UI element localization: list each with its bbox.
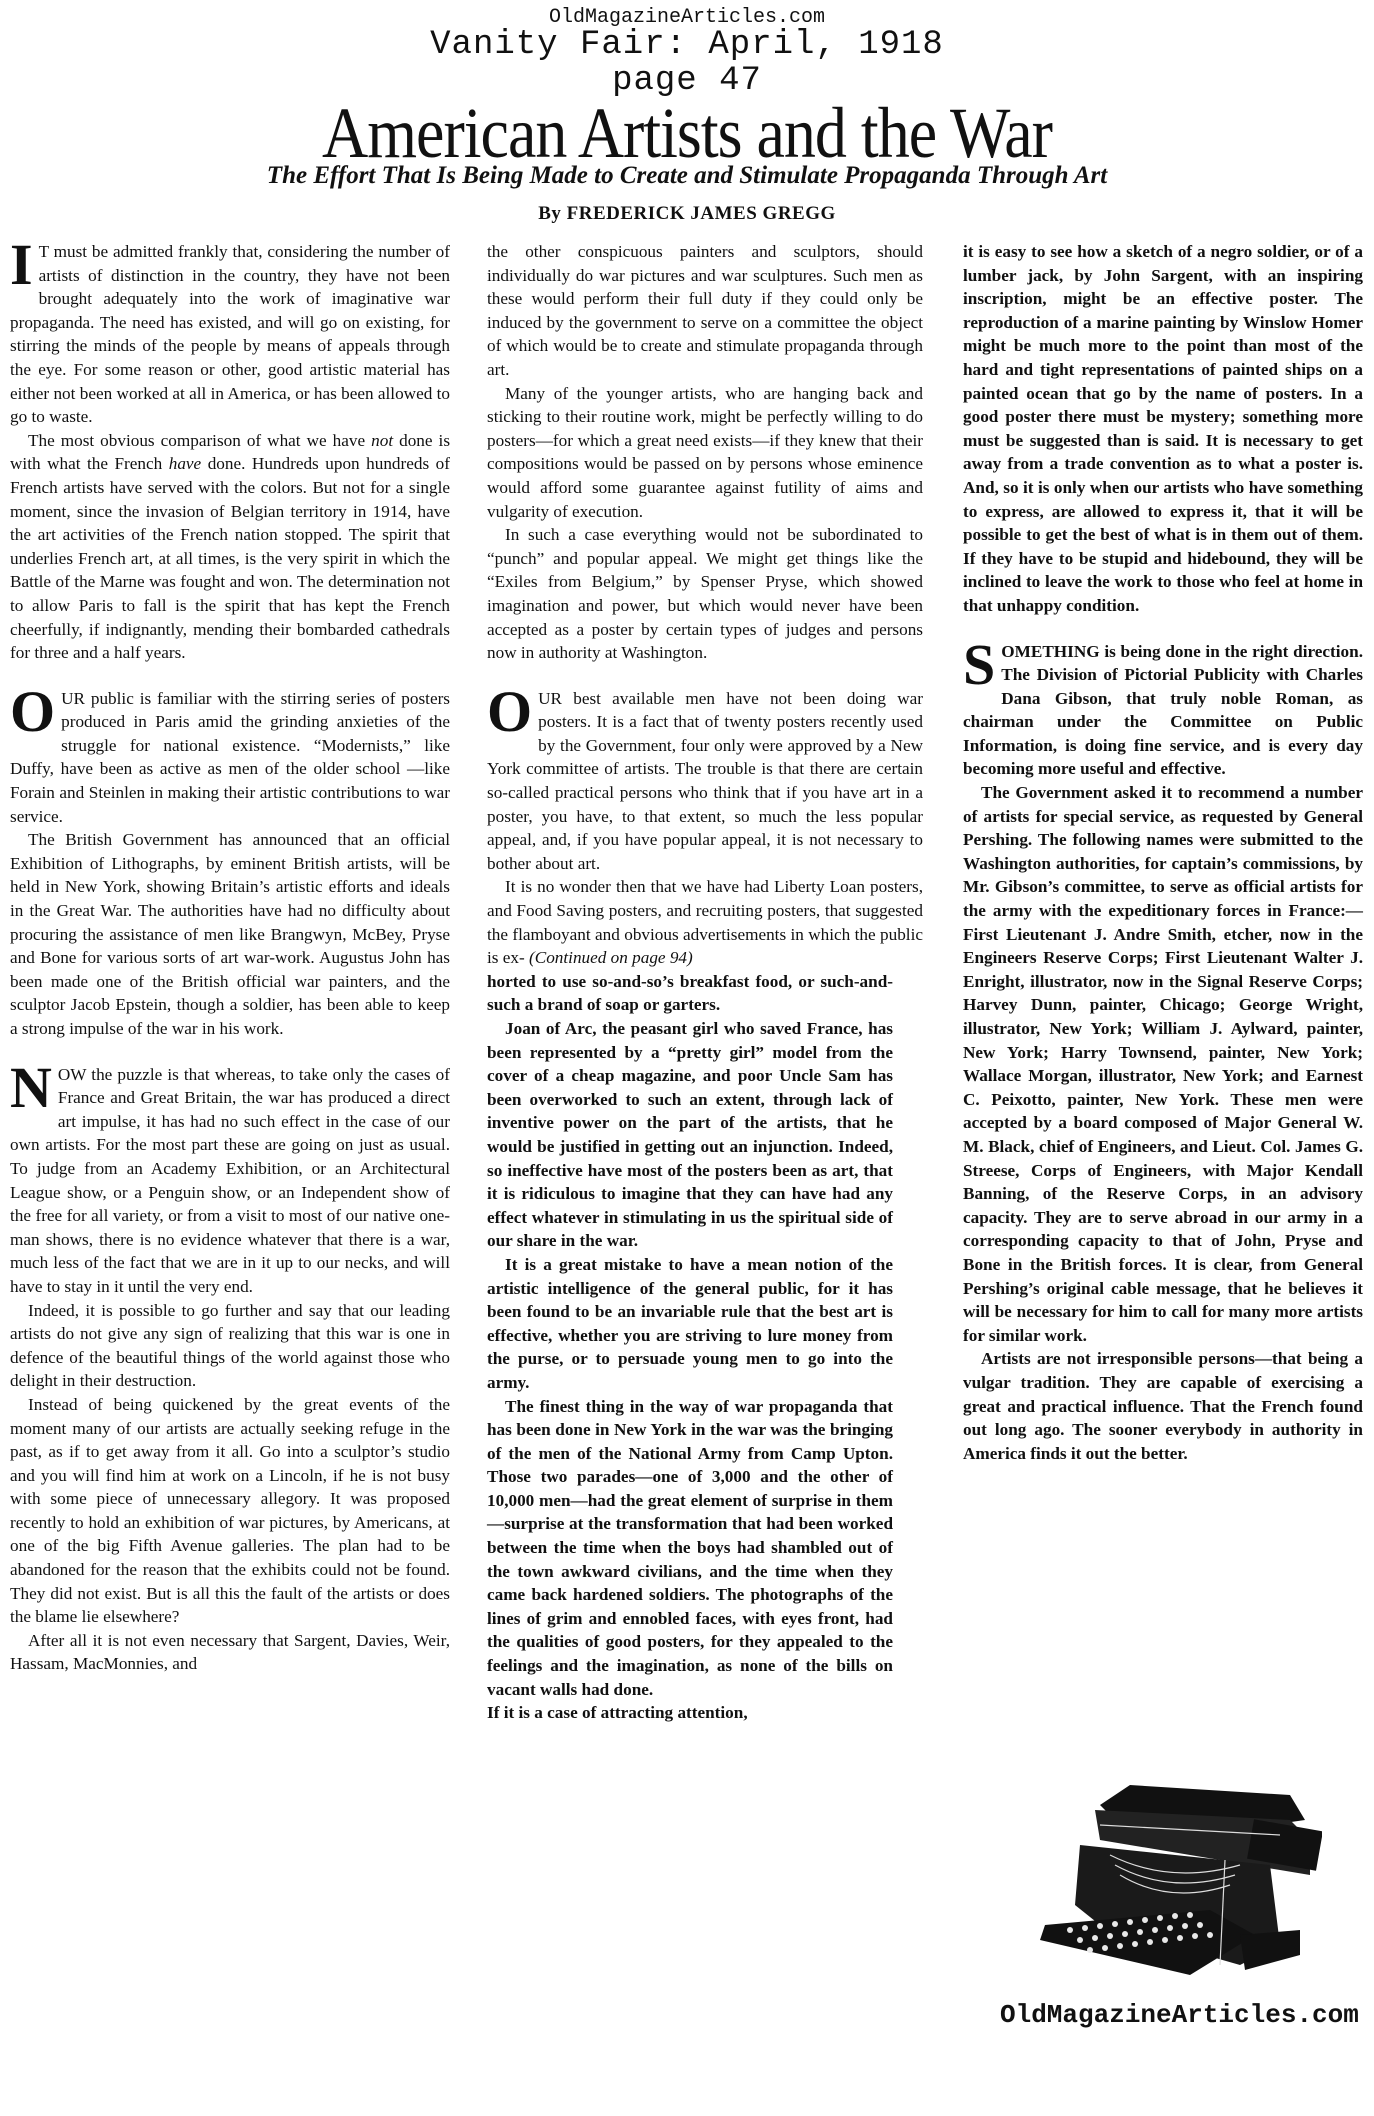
drop-cap: S [963,642,995,688]
paragraph: It is a great mistake to have a mean not… [487,1253,893,1395]
continuation-block: horted to use so-and-so’s breakfast food… [487,970,923,1725]
paragraph: SOMETHING is being done in the right dir… [963,640,1363,782]
paragraph: it is easy to see how a sketch of a negr… [963,240,1363,618]
paragraph: Instead of being quickened by the great … [10,1393,450,1629]
paragraph: Artists are not irresponsible persons—th… [963,1347,1363,1465]
paragraph: Joan of Arc, the peasant girl who saved … [487,1017,893,1253]
drop-cap: I [10,242,33,288]
article-subtitle: The Effort That Is Being Made to Create … [0,162,1374,190]
paragraph: Indeed, it is possible to go further and… [10,1299,450,1393]
drop-cap: N [10,1065,52,1111]
drop-cap: O [10,689,55,735]
paragraph: horted to use so-and-so’s breakfast food… [487,970,893,1017]
paragraph: The finest thing in the way of war propa… [487,1395,893,1702]
paragraph: NOW the puzzle is that whereas, to take … [10,1063,450,1299]
source-site-footer: OldMagazineArticles.com [1000,2000,1374,2030]
paragraph: The Government asked it to recommend a n… [963,781,1363,1347]
paragraph: the other conspicuous painters and sculp… [487,240,923,382]
paragraph: In such a case everything would not be s… [487,523,923,665]
paragraph: Many of the younger artists, who are han… [487,382,923,524]
paragraph: If it is a case of attracting attention, [487,1701,893,1725]
paragraph: After all it is not even necessary that … [10,1629,450,1676]
paragraph: The most obvious comparison of what we h… [10,429,450,665]
continued-on-link: (Continued on page 94) [529,948,693,967]
paragraph: IT must be admitted frankly that, consid… [10,240,450,429]
paragraph: The British Government has announced tha… [10,828,450,1040]
paragraph: It is no wonder then that we have had Li… [487,875,923,969]
paragraph: OUR best available men have not been doi… [487,687,923,876]
paragraph: OUR public is familiar with the stirring… [10,687,450,829]
article-byline: By FREDERICK JAMES GREGG [0,203,1374,225]
article-column-2: the other conspicuous painters and sculp… [487,240,923,1725]
article-column-1: IT must be admitted frankly that, consid… [10,240,450,1676]
typewriter-icon [1040,1765,1322,1980]
article-column-3: it is easy to see how a sketch of a negr… [963,240,1363,1465]
drop-cap: O [487,689,532,735]
magazine-date: Vanity Fair: April, 1918 [0,26,1374,64]
